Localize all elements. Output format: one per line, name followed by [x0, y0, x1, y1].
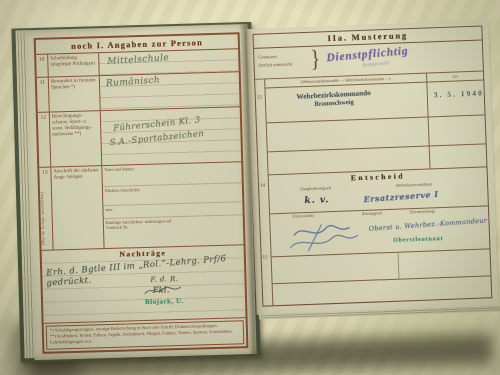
left-page-frame: noch I. Angaben zur Person 10 Schulbildu… — [34, 32, 249, 354]
handwriting-ersatzreserve: Ersatzreserve I — [363, 189, 439, 204]
table-cell-empty — [428, 115, 486, 145]
margin-number: 13 — [257, 96, 262, 101]
row-entry-area: Rumänisch — [100, 72, 240, 110]
row-label: Berechtigungs- scheine, Sport- u. sonst.… — [50, 111, 102, 166]
handwriting-nachtrag-line2: gedrückt. — [46, 276, 92, 289]
caption-unterschrift: (Unterschrift) — [292, 213, 314, 219]
row-entry-area: Führerschein Kl. 3 S.A.-Sportabzeichen — [101, 107, 241, 165]
photo-background: noch I. Angaben zur Person 10 Schulbildu… — [0, 0, 500, 375]
table-cell-empty — [267, 118, 429, 152]
row-number: 11 — [37, 78, 50, 112]
right-page-frame: IIa. Musterung Gemustert ärztlich unters… — [252, 25, 492, 306]
margin-number: 15 — [263, 255, 268, 260]
green-stamp-name: Blojack, U. — [145, 297, 184, 306]
row-entry-area: Mittelschule — [99, 49, 239, 75]
date-stamp: 3. 5. 1940 — [434, 88, 484, 99]
row-number: 13 (Nur im Kriege auszufüllen) — [39, 168, 53, 250]
row-befaehigungen: 12 Berechtigungs- scheine, Sport- u. son… — [38, 107, 241, 168]
gemustert-labels: Gemustert ärztlich untersucht — [258, 52, 292, 69]
table-cell-date: 3. 5. 1940 — [426, 80, 484, 116]
musterung-content: (Wehrersatzdienststelle — Wehrbezirkskom… — [265, 71, 491, 305]
row-entry-area: Vater und Mutter: Ehefrau (Anschrift): u… — [102, 162, 243, 248]
handwriting-sprachen: Rumänisch — [106, 76, 161, 89]
sublabel: Künftige Anschriften- änderungen auf Vor… — [104, 217, 176, 230]
footnote-box: *) Schulabgangszeugnis, etwaige Beherrsc… — [46, 320, 245, 350]
musterung-body: 13 14 15 (Wehrersatzdienststelle — Wehrb… — [255, 71, 491, 305]
row-sprachen: 11 Bewandert in fremden Sprachen *) Rumä… — [37, 72, 240, 113]
dienstpflichtig-stamp-subline: festgestellt — [362, 61, 390, 68]
caption-dienstgrad: (Dienstgrad) — [362, 210, 382, 216]
caption-dienststellung: (Dienststellung) — [409, 208, 435, 214]
row-label: Schulbildung (abgelegte Prüfungen) — [48, 53, 100, 76]
margin-note-rotated: (Nur im Kriege auszufüllen) — [40, 192, 52, 246]
right-page: IIa. Musterung Gemustert ärztlich unters… — [246, 20, 498, 315]
row-number: 12 — [38, 113, 52, 167]
row-angehoerige: 13 (Nur im Kriege auszufüllen) Anschrift… — [39, 162, 243, 251]
wbk-stamp: Wehrbezirkskommando Braunschweig — [274, 88, 395, 112]
table-cell-empty — [429, 144, 487, 168]
row-number: 10 — [36, 55, 49, 77]
signature-flourish — [288, 219, 364, 254]
handwriting-signature-right: Oberst u. Wehrbez.-Kommandeur — [369, 216, 489, 233]
untersucht-label: ärztlich untersucht — [258, 61, 292, 70]
signature-flourish — [143, 283, 183, 298]
table-cell-dienststelle: Wehrbezirkskommando Braunschweig — [265, 83, 427, 123]
handwriting-kv: k. v. — [304, 195, 329, 206]
left-page: noch I. Angaben zur Person 10 Schulbildu… — [25, 24, 256, 360]
handwriting-schulbildung: Mittelschule — [107, 53, 169, 67]
row-number-text: 13 — [42, 170, 48, 176]
brace-glyph: } — [310, 45, 321, 74]
subrow-kriegsanschrift: Künftige Anschriften- änderungen auf Vor… — [104, 215, 244, 247]
margin-number: 14 — [260, 184, 265, 189]
document-book: noch I. Angaben zur Person 10 Schulbildu… — [1, 9, 499, 370]
row-label: Anschrift der nächsten Ange- hörigen — [51, 166, 104, 249]
nachtraege-section: Nachträge Erh. d. Bgtle III im „Rol.“-Le… — [42, 245, 246, 324]
row-label: Bewandert in fremden Sprachen *) — [49, 76, 101, 111]
dienstpflichtig-stamp: Dienstpflichtig — [326, 45, 409, 64]
teal-stamp-rank: Oberstleutnant — [393, 236, 443, 244]
